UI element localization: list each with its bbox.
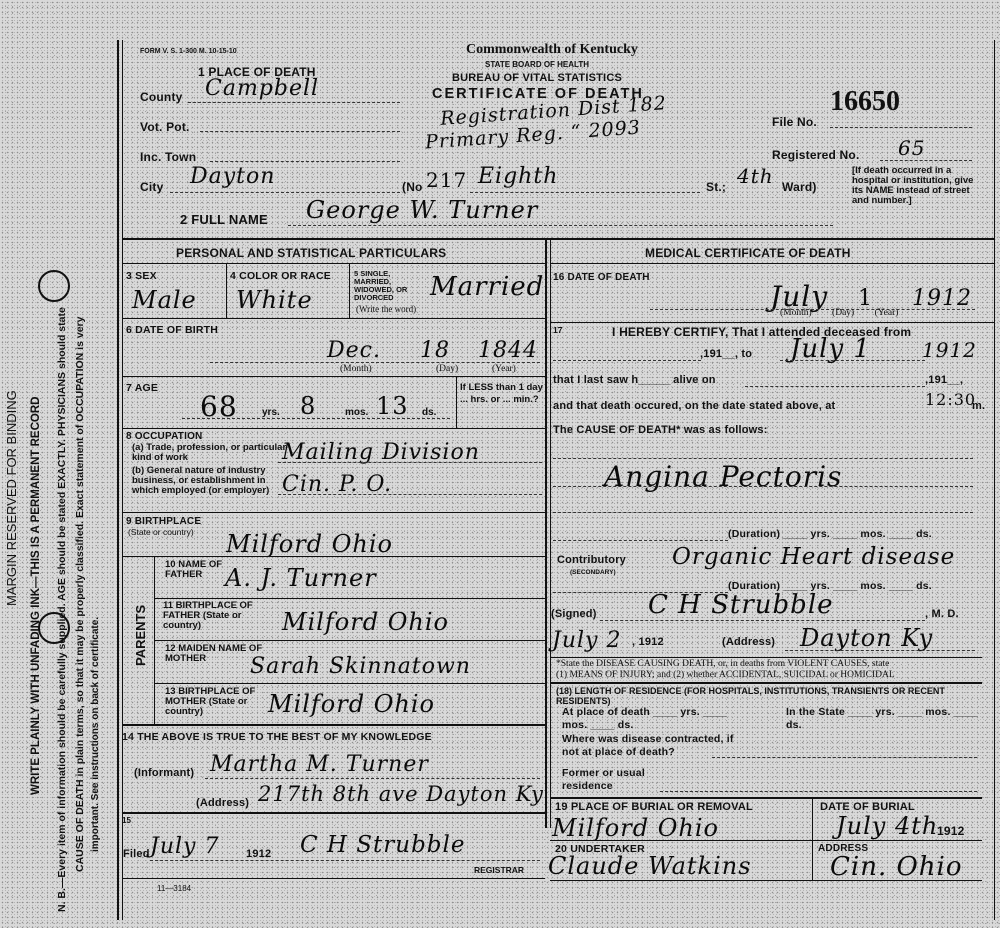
registered-no-line bbox=[880, 160, 972, 161]
binding-margin-note: MARGIN RESERVED FOR BINDING bbox=[4, 390, 19, 606]
birthplace-label: 9 BIRTHPLACE bbox=[126, 516, 201, 527]
dod-label: 16 DATE OF DEATH bbox=[553, 272, 650, 283]
registered-no: 65 bbox=[898, 136, 925, 160]
rule bbox=[122, 512, 545, 513]
permanent-record-note: WRITE PLAINLY WITH UNFADING INK—THIS IS … bbox=[30, 397, 42, 795]
father-bp-value: Milford Ohio bbox=[282, 608, 449, 636]
mother-name-value: Sarah Skinnatown bbox=[250, 654, 471, 679]
informant-value: Martha M. Turner bbox=[210, 752, 429, 777]
where-contracted-line bbox=[712, 757, 977, 758]
registrar-label: REGISTRAR bbox=[474, 866, 524, 875]
duration-primary: (Duration) ____ yrs. ____ mos. ____ ds. bbox=[728, 528, 932, 540]
occupation-b-label: (b) General nature of industry business,… bbox=[132, 466, 282, 496]
rule bbox=[550, 880, 982, 881]
burial-year: 1912 bbox=[937, 824, 965, 838]
burial-place-label: 19 PLACE OF BURIAL OR REMOVAL bbox=[555, 801, 753, 813]
burial-date-value: July 4th bbox=[836, 812, 938, 840]
street-name: Eighth bbox=[478, 164, 558, 189]
ward-label: Ward) bbox=[782, 180, 817, 194]
street-number: 217 bbox=[426, 168, 467, 192]
signed-line bbox=[600, 620, 925, 621]
vot-pot-line bbox=[200, 131, 400, 132]
residence-in-state: In the State ____ yrs. ____ mos. ____ ds… bbox=[786, 706, 986, 732]
cause-value: Angina Pectoris bbox=[604, 460, 842, 493]
residence-heading: (18) LENGTH OF RESIDENCE (FOR HOSPITALS,… bbox=[556, 686, 981, 706]
occ-b-line bbox=[278, 494, 542, 495]
undertaker-value: Claude Watkins bbox=[548, 852, 752, 880]
dob-line bbox=[210, 362, 540, 363]
mother-bp-label: 13 BIRTHPLACE OF MOTHER (State or countr… bbox=[165, 687, 265, 717]
county-label: County bbox=[140, 90, 183, 104]
informant-address: 217th 8th ave Dayton Ky bbox=[258, 782, 544, 806]
rule bbox=[550, 682, 982, 684]
last-saw-text: that I last saw h_____ alive on bbox=[553, 374, 716, 386]
rule bbox=[154, 598, 545, 599]
commonwealth-title: Commonwealth of Kentucky bbox=[466, 42, 638, 58]
divider bbox=[812, 797, 813, 881]
city-line bbox=[170, 192, 400, 193]
where-contracted: Where was disease contracted, if not at … bbox=[562, 733, 742, 759]
certify-to-line bbox=[780, 360, 925, 361]
right-border bbox=[994, 40, 995, 920]
center-divider-2 bbox=[550, 238, 551, 828]
file-no-label: File No. bbox=[772, 115, 817, 129]
undertaker-address: Cin. Ohio bbox=[830, 852, 963, 882]
birthplace-hint: (State or country) bbox=[128, 528, 194, 537]
mother-bp-value: Milford Ohio bbox=[268, 690, 435, 718]
dob-label: 6 DATE OF BIRTH bbox=[126, 324, 218, 336]
signed-date: July 2 bbox=[552, 628, 621, 653]
cause-line bbox=[553, 458, 973, 459]
race-label: 4 COLOR OR RACE bbox=[230, 270, 331, 282]
rule bbox=[122, 556, 545, 557]
rule bbox=[122, 318, 545, 319]
city-label: City bbox=[140, 180, 163, 194]
state-board: STATE BOARD OF HEALTH bbox=[485, 60, 589, 69]
occ-a-line bbox=[278, 462, 542, 463]
day-caption: (Day) bbox=[436, 364, 458, 374]
filed-number: 15 bbox=[122, 816, 131, 825]
marital-label: 5 SINGLE, MARRIED, WIDOWED, OR DIVORCED bbox=[354, 270, 424, 302]
address-line bbox=[785, 650, 975, 651]
dod-year: 1912 bbox=[912, 286, 972, 311]
year-caption: (Year) bbox=[492, 364, 516, 374]
signed-year: , 1912 bbox=[632, 636, 664, 648]
ink-circle-mark bbox=[38, 270, 70, 302]
sex-value: Male bbox=[132, 286, 197, 314]
form-code: FORM V. S. 1-300 M. 10-15-10 bbox=[140, 47, 237, 56]
rule bbox=[122, 724, 545, 726]
physician-address: Dayton Ky bbox=[800, 624, 933, 652]
dob-year: 1844 bbox=[478, 338, 538, 363]
month-caption: (Month) bbox=[340, 364, 372, 374]
birthplace-value: Milford Ohio bbox=[226, 530, 393, 558]
informant-heading: 14 THE ABOVE IS TRUE TO THE BEST OF MY K… bbox=[122, 731, 432, 743]
parents-label: PARENTS bbox=[133, 605, 148, 666]
former-residence: Former or usual residence bbox=[562, 767, 682, 793]
death-time-text: and that death occured, on the date stat… bbox=[553, 400, 835, 412]
death-time-suffix: m. bbox=[972, 400, 985, 412]
rule bbox=[122, 376, 545, 377]
informant-label: (Informant) bbox=[134, 767, 194, 779]
full-name-label: 2 FULL NAME bbox=[180, 212, 268, 227]
rule bbox=[122, 812, 545, 814]
rule bbox=[550, 322, 994, 323]
filed-date: July 7 bbox=[150, 834, 219, 859]
header-rule bbox=[122, 238, 994, 240]
sex-label: 3 SEX bbox=[126, 270, 157, 282]
footer-code: 11—3184 bbox=[157, 884, 191, 893]
mos-caption: mos. bbox=[345, 408, 368, 417]
contributory-value: Organic Heart disease bbox=[672, 544, 955, 570]
filed-line bbox=[150, 860, 540, 861]
father-bp-label: 11 BIRTHPLACE OF FATHER (State or countr… bbox=[163, 601, 253, 631]
duration-line bbox=[553, 540, 728, 541]
rule bbox=[550, 657, 982, 658]
county-line bbox=[188, 102, 400, 103]
registrar-signature: C H Strubble bbox=[300, 832, 466, 858]
race-value: White bbox=[236, 286, 313, 314]
street-label: St.; bbox=[706, 180, 726, 194]
cause-label: The CAUSE OF DEATH* was as follows: bbox=[553, 424, 768, 436]
city-value: Dayton bbox=[190, 164, 275, 189]
nb-instructions-line2: CAUSE OF DEATH in plain terms, so that i… bbox=[74, 317, 86, 872]
left-border-inner bbox=[122, 40, 123, 920]
file-number: 16650 bbox=[830, 86, 900, 118]
full-name-line bbox=[288, 225, 833, 226]
nb-instructions-line1: N. B.—Every item of information should b… bbox=[56, 307, 68, 912]
age-label: 7 AGE bbox=[126, 382, 158, 394]
informant-line bbox=[205, 778, 540, 779]
marital-hint: (Write the word) bbox=[356, 304, 416, 314]
age-months: 8 bbox=[300, 392, 316, 420]
personal-heading: PERSONAL AND STATISTICAL PARTICULARS bbox=[176, 246, 446, 260]
file-no-line bbox=[830, 127, 972, 128]
less-than-day: If LESS than 1 day ... hrs. or ... min.? bbox=[460, 382, 544, 406]
yrs-caption: yrs. bbox=[262, 408, 280, 417]
vot-pot-label: Vot. Pot. bbox=[140, 120, 190, 134]
footnote-2: (1) MEANS OF INJURY; and (2) whether ACC… bbox=[556, 670, 895, 680]
contributory-label: Contributory bbox=[557, 554, 626, 566]
md-label: , M. D. bbox=[925, 608, 959, 620]
street-line bbox=[470, 192, 700, 193]
inc-town-label: Inc. Town bbox=[140, 150, 196, 164]
divider bbox=[349, 263, 350, 318]
bureau-title: BUREAU OF VITAL STATISTICS bbox=[452, 72, 622, 84]
informant-address-label: (Address) bbox=[196, 797, 249, 809]
street-no-label: (No bbox=[402, 180, 423, 194]
last-saw-line bbox=[745, 386, 925, 387]
county-value: Campbell bbox=[205, 76, 319, 101]
rule bbox=[550, 797, 982, 799]
certify-from-line bbox=[553, 360, 701, 361]
rule bbox=[550, 840, 982, 841]
dob-day: 18 bbox=[420, 338, 450, 363]
death-time: 12:30 bbox=[925, 390, 976, 409]
hospital-instruction: [If death occurred in a hospital or inst… bbox=[852, 166, 982, 206]
secondary-label: (SECONDARY) bbox=[570, 568, 616, 577]
center-divider bbox=[545, 238, 547, 828]
medical-heading: MEDICAL CERTIFICATE OF DEATH bbox=[645, 246, 851, 260]
ds-caption: ds. bbox=[422, 408, 436, 417]
burial-place-value: Milford Ohio bbox=[552, 814, 719, 842]
occupation-label: 8 OCCUPATION bbox=[126, 431, 202, 442]
occupation-a-label: (a) Trade, profession, or particular kin… bbox=[132, 443, 292, 463]
divider bbox=[456, 376, 457, 428]
certify-from-year: ,191__, to bbox=[700, 348, 752, 360]
rule bbox=[122, 263, 545, 264]
footnote-1: *State the DISEASE CAUSING DEATH, or, in… bbox=[556, 659, 889, 669]
rule bbox=[154, 683, 545, 684]
registered-no-label: Registered No. bbox=[772, 148, 860, 162]
cause-line bbox=[553, 512, 973, 513]
rule bbox=[550, 263, 994, 264]
rule bbox=[154, 640, 545, 641]
physician-signature: C H Strubble bbox=[648, 590, 834, 620]
certify-number: 17 bbox=[553, 326, 562, 335]
age-days: 13 bbox=[376, 392, 409, 420]
dob-month: Dec. bbox=[327, 338, 381, 363]
inc-town-line bbox=[210, 161, 400, 162]
rule bbox=[122, 878, 545, 879]
filed-label: Filed bbox=[123, 848, 150, 860]
full-name-value: George W. Turner bbox=[306, 196, 538, 224]
divider bbox=[226, 263, 227, 318]
dod-captions: (Month) (Day) (Year) bbox=[780, 308, 898, 318]
rule bbox=[122, 428, 545, 429]
residence-at-place: At place of death ____ yrs. ____ mos. __… bbox=[562, 706, 737, 732]
last-saw-year: ,191__, bbox=[925, 374, 963, 386]
age-line bbox=[182, 418, 450, 419]
ward-value: 4th bbox=[737, 164, 774, 188]
left-border bbox=[117, 40, 119, 920]
signed-label: (Signed) bbox=[551, 608, 597, 620]
certify-to-year: 1912 bbox=[922, 338, 977, 362]
nb-instructions-line3: important. See instructions on back of c… bbox=[90, 617, 101, 852]
filed-year: 1912 bbox=[246, 848, 271, 860]
cause-line bbox=[553, 486, 973, 487]
former-residence-line bbox=[660, 791, 977, 792]
father-name-value: A. J. Turner bbox=[225, 564, 377, 592]
physician-address-label: (Address) bbox=[722, 636, 775, 648]
marital-value: Married bbox=[430, 272, 544, 302]
